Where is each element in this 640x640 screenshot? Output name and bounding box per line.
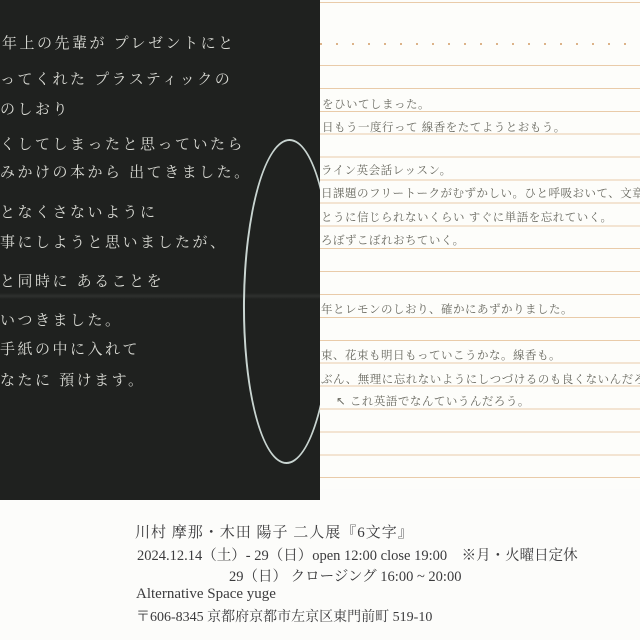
note-line: をひいてしまった。 [322, 96, 430, 112]
bookmark-outline-drawing [241, 139, 320, 465]
letter-line: ってくれた プラスティックの [0, 68, 232, 89]
venue-address: 〒606-8345 京都府京都市左京区東門前町 519-10 [136, 606, 432, 626]
exhibition-flyer: 年上の先輩が プレゼントにと ってくれた プラスティックの のしおり くしてしま… [0, 0, 640, 640]
black-letter-paper: 年上の先輩が プレゼントにと ってくれた プラスティックの のしおり くしてしま… [0, 0, 320, 500]
letter-line: なたに 預けます。 [0, 369, 145, 390]
letter-line: くしてしまったと思っていたら [0, 133, 245, 154]
letter-line: いつきました。 [0, 309, 123, 330]
venue-name: Alternative Space yuge [136, 586, 276, 603]
letter-line: 手紙の中に入れて [0, 338, 140, 359]
note-line: とうに信じられないくらい すぐに単語を忘れていく。 [321, 209, 612, 225]
note-line: 年とレモンのしおり、確かにあずかりました。 [321, 301, 573, 317]
exhibition-dates: 2024.12.14（土）- 29（日）open 12:00 close 19:… [137, 544, 578, 565]
note-line: 日課題のフリートークがむずかしい。ひと呼吸おいて、文章もつくらな [321, 185, 640, 201]
letter-line: のしおり [0, 98, 70, 119]
note-line: 日もう一度行って 線香をたてようとおもう。 [322, 119, 566, 135]
note-line: ↖ これ英語でなんていうんだろう。 [336, 393, 530, 409]
closing-time: 29（日） クロージング 16:00 ~ 20:00 [229, 565, 461, 586]
notebook-rule-top [320, 2, 640, 3]
letter-line: みかけの本から 出てきました。 [0, 161, 252, 182]
notebook-paper: をひいてしまった。 日もう一度行って 線香をたてようとおもう。 ライン英会話レッ… [320, 0, 640, 489]
notebook-rule-dotted [320, 43, 640, 45]
letter-line: 年上の先輩が プレゼントにと [2, 32, 236, 53]
letter-line: 事にしようと思いましたが、 [0, 231, 228, 252]
note-line: 束、花束も明日もっていこうかな。線香も。 [321, 347, 561, 363]
letter-line: と同時に あることを [0, 270, 164, 291]
letter-line: となくさないように [0, 201, 158, 222]
note-line: ろぼずこぼれおちていく。 [321, 232, 465, 248]
note-line: ライン英会話レッスン。 [321, 162, 452, 178]
exhibition-title: 川村 摩那・木田 陽子 二人展『6文字』 [135, 521, 414, 542]
note-line: ぶん、無理に忘れないようにしつづけるのも良くないんだろうな。 [321, 371, 640, 387]
